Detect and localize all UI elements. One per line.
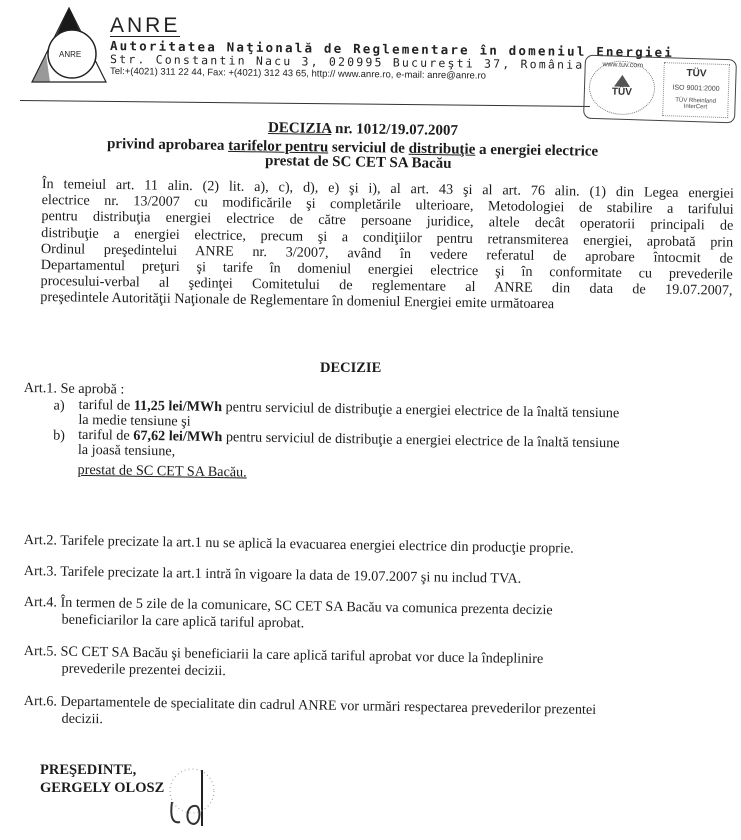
article-number: Art.6. <box>24 693 57 710</box>
decision-title: DECIZIA nr. 1012/19.07.2007 <box>268 120 458 140</box>
decision-word: DECIZIA <box>268 120 332 137</box>
article-number: Art.3. <box>24 563 57 580</box>
logo-text: ANRE <box>59 50 81 59</box>
header-divider <box>20 100 590 107</box>
seal-standard: ISO 9001:2000 <box>664 84 728 93</box>
anre-logo: ANRE <box>28 6 110 84</box>
article-4: Art.4. În termen de 5 zile de la comunic… <box>23 594 731 638</box>
seal-url: www.tuv.com <box>591 61 655 70</box>
article-number: Art.1. <box>24 380 57 397</box>
subject-suffix: a energiei electrice <box>475 142 598 160</box>
decision-heading: DECIZIE <box>320 360 381 377</box>
subject-prefix: privind aprobarea <box>107 136 228 154</box>
handwritten-signature-icon <box>152 766 232 836</box>
decision-number: nr. 1012/19.07.2007 <box>335 121 458 139</box>
item-label: b) <box>53 427 65 444</box>
article-text: Tarifele precizate la art.1 intră în vig… <box>60 564 521 587</box>
article-intro: Se aprobă : <box>60 381 124 398</box>
item-prefix: tariful de <box>78 426 133 443</box>
article-number: Art.2. <box>24 532 57 549</box>
tuv-triangle-icon <box>614 75 630 87</box>
decision-provider: prestat de SC CET SA Bacău <box>265 153 452 173</box>
seal-caption: TÜV Rheinland InterCert <box>663 97 727 111</box>
article-5: Art.5. SC CET SA Bacău şi beneficiarii l… <box>23 643 731 687</box>
article-3: Art.3. Tarifele precizate la art.1 intră… <box>24 563 732 591</box>
tuv-seal-right: TÜV ISO 9001:2000 TÜV Rheinland InterCer… <box>662 62 730 118</box>
article-1: Art.1. Se aprobă : a) tariful de 11,25 l… <box>22 380 731 488</box>
tuv-seal-left: www.tuv.com TÜV <box>588 60 656 116</box>
item-prefix: tariful de <box>78 396 133 413</box>
article-text: Tarifele precizate la art.1 nu se aplică… <box>60 533 574 557</box>
item-label: a) <box>53 397 64 414</box>
brand-name: ANRE <box>110 16 180 37</box>
article-number: Art.5. <box>24 643 57 660</box>
article-number: Art.4. <box>24 594 57 611</box>
preamble: În temeiul art. 11 alin. (2) lit. a), c)… <box>40 176 734 315</box>
article-closing: prestat de SC CET SA Bacău. <box>77 461 246 480</box>
certification-stamp: www.tuv.com TÜV TÜV ISO 9001:2000 TÜV Rh… <box>583 55 737 124</box>
signatory-name: GERGELY OLOSZ <box>40 780 164 797</box>
article-6: Art.6. Departamentele de specialitate di… <box>23 693 731 737</box>
seal-mark: TÜV <box>664 67 728 80</box>
signatory-title: PREŞEDINTE, <box>40 762 136 779</box>
article-2: Art.2. Tarifele precizate la art.1 nu se… <box>24 532 732 560</box>
seal-mark: TÜV <box>590 86 654 99</box>
